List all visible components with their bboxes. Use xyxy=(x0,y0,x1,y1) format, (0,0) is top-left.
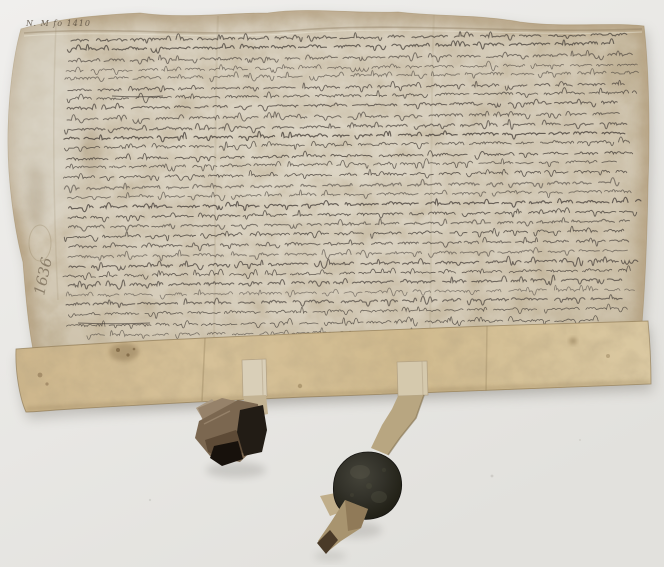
seal-right-tail-shadow xyxy=(314,551,346,561)
plica-slit-left xyxy=(242,359,267,397)
charter-photo-canvas: N. M fo 1410 1636 xyxy=(0,0,664,567)
plica-slit-right xyxy=(397,361,428,396)
photo-of-parchment-charter: N. M fo 1410 1636 xyxy=(0,0,664,567)
shelfmark-annotation: N. M fo 1410 xyxy=(25,19,91,28)
seal-left-shadow xyxy=(206,462,266,478)
